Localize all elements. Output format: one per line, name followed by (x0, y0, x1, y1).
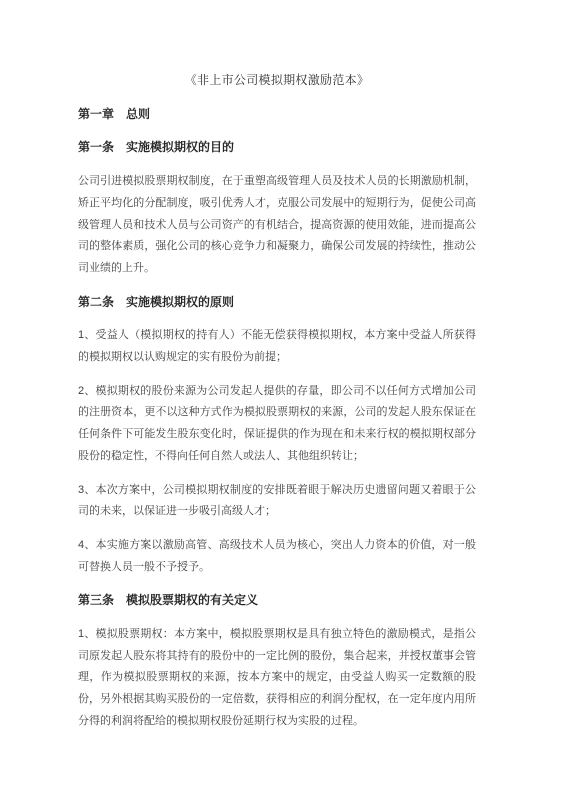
article-1-paragraph: 公司引进模拟股票期权制度，在于重塑高级管理人员及技术人员的长期激励机制，矫正平均… (78, 171, 476, 280)
article-2-item-4: 4、本实施方案以激励高管、高级技术人员为核心，突出人力资本的价值，对一般可替换人… (78, 535, 476, 578)
document-content: 《非上市公司模拟期权激励范本》 第一章 总则 第一条 实施模拟期权的目的 公司引… (78, 70, 476, 733)
article-2-item-3: 3、本次方案中，公司模拟期权制度的安排既着眼于解决历史遗留问题又着眼于公司的未来… (78, 480, 476, 523)
article-2-item-1: 1、受益人（模拟期权的持有人）不能无偿获得模拟期权，本方案中受益人所获得的模拟期… (78, 325, 476, 368)
article-3-item-1: 1、模拟股票期权：本方案中，模拟股票期权是具有独立特色的激励模式，是指公司原发起… (78, 624, 476, 733)
article-2-heading: 第二条 实施模拟期权的原则 (78, 292, 476, 314)
article-2-item-2: 2、模拟期权的股份来源为公司发起人提供的存量，即公司不以任何方式增加公司的注册资… (78, 381, 476, 468)
article-3-heading: 第三条 模拟股票期权的有关定义 (78, 590, 476, 612)
chapter-1-heading: 第一章 总则 (78, 104, 476, 126)
article-1-heading: 第一条 实施模拟期权的目的 (78, 137, 476, 159)
document-title: 《非上市公司模拟期权激励范本》 (78, 70, 476, 92)
document-page: 《非上市公司模拟期权激励范本》 第一章 总则 第一条 实施模拟期权的目的 公司引… (0, 0, 566, 800)
